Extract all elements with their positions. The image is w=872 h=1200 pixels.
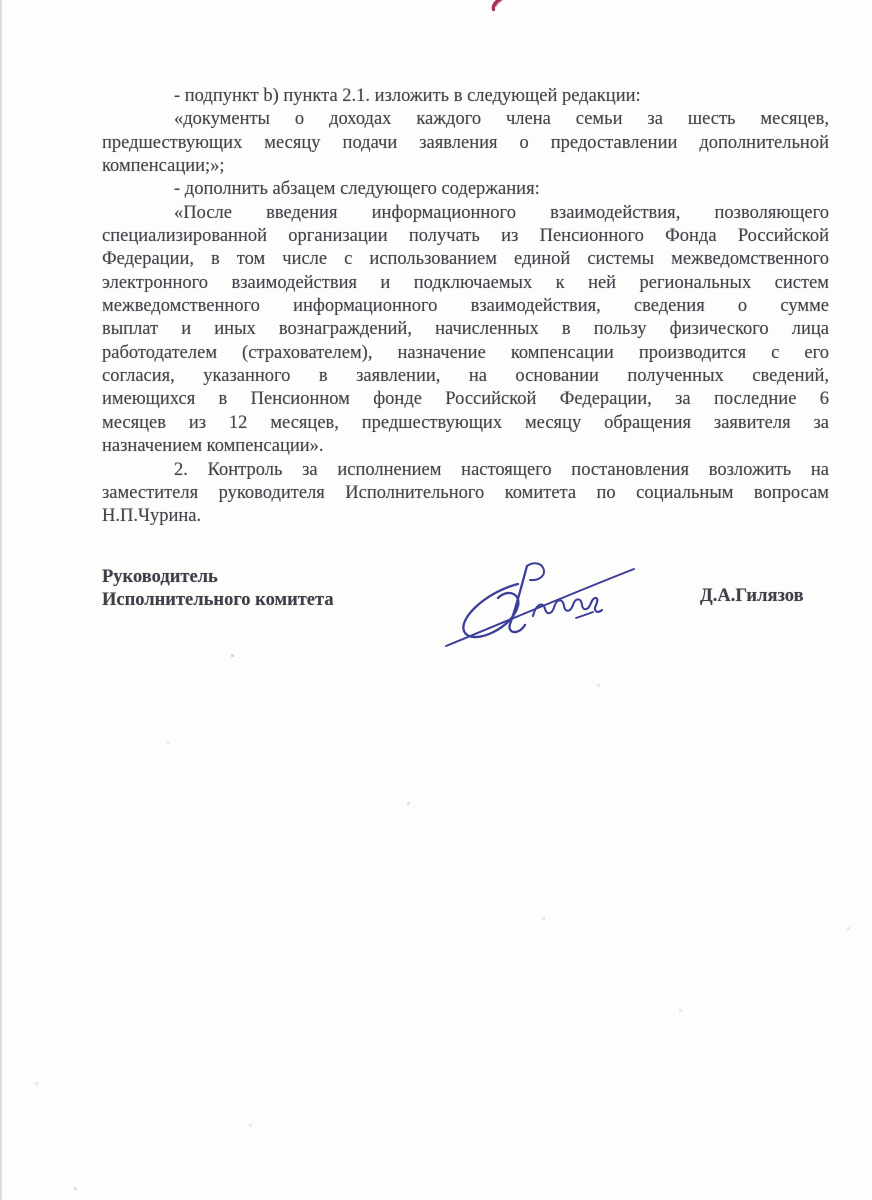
text-line: Н.П.Чурина. xyxy=(102,505,829,528)
text-line: - подпункт b) пункта 2.1. изложить в сле… xyxy=(102,85,829,108)
text-line: компенсации;»; xyxy=(102,155,829,178)
signatory-title-line2: Исполнительного комитета xyxy=(102,589,334,612)
text-line: согласия, указанного в заявлении, на осн… xyxy=(102,365,829,388)
text-line: месяцев из 12 месяцев, предшествующих ме… xyxy=(102,412,829,435)
handwritten-signature-ink xyxy=(430,550,645,655)
text-line: специализированной организации получать … xyxy=(102,225,829,248)
scan-noise-specks xyxy=(0,0,1,1)
scanned-document-page: - подпункт b) пункта 2.1. изложить в сле… xyxy=(0,0,872,1200)
text-line: «документы о доходах каждого члена семьи… xyxy=(102,108,829,131)
text-line: предшествующих месяцу подачи заявления о… xyxy=(102,132,829,155)
text-line: выплат и иных вознаграждений, начисленны… xyxy=(102,318,829,341)
text-line: назначением компенсации». xyxy=(102,435,829,458)
text-line: межведомственного информационного взаимо… xyxy=(102,295,829,318)
signatory-title: Руководитель Исполнительного комитета xyxy=(102,566,334,613)
text-line: - дополнить абзацем следующего содержани… xyxy=(102,178,829,201)
document-body: - подпункт b) пункта 2.1. изложить в сле… xyxy=(102,85,829,529)
text-line: «После введения информационного взаимоде… xyxy=(102,202,829,225)
text-line: имеющихся в Пенсионном фонде Российской … xyxy=(102,388,829,411)
signatory-title-line1: Руководитель xyxy=(102,566,334,589)
signatory-name: Д.А.Гилязов xyxy=(700,586,804,607)
text-line: Федерации, в том числе с использованием … xyxy=(102,248,829,271)
text-line: электронного взаимодействия и подключаем… xyxy=(102,272,829,295)
red-pen-mark-fragment xyxy=(486,0,508,15)
text-line: заместителя руководителя Исполнительного… xyxy=(102,482,829,505)
scan-edge-artifact xyxy=(0,0,2,1200)
text-line: 2. Контроль за исполнением настоящего по… xyxy=(102,459,829,482)
text-line: работодателем (страхователем), назначени… xyxy=(102,342,829,365)
